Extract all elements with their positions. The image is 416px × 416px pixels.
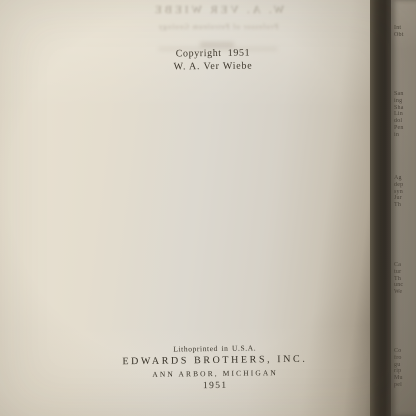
page-fragment-group: SaningShaLindolPenin: [394, 91, 416, 139]
page-fragment-group: CaturThuncWe: [394, 262, 416, 296]
page-fragment-line: Mu: [394, 375, 416, 382]
imprint-publisher-line: EDWARDS BROTHERS, INC.: [115, 354, 315, 368]
page-fragment-line: Co: [394, 348, 416, 355]
page-fragment-line: dol: [394, 118, 416, 125]
page-fragment-line: Th: [394, 202, 416, 209]
page-fragment-line: Jur: [394, 195, 416, 202]
page-fragment-line: Ca: [394, 262, 416, 269]
page-fragment-line: syn: [394, 189, 416, 196]
imprint-city-line: ANN ARBOR, MICHIGAN: [115, 368, 315, 380]
page-fragment-line: dep: [394, 182, 416, 189]
page-fragment-line: We: [394, 289, 416, 296]
copyright-page: W. A. VER WIEBE Professor of Petroleum G…: [0, 0, 372, 416]
imprint-year-line: 1951: [115, 380, 315, 393]
copyright-year-line: Copyright 1951: [113, 47, 313, 60]
page-fragment-line: Pen: [394, 125, 416, 132]
page-fragment-line: unc: [394, 282, 416, 289]
copyright-notice: Copyright 1951 W. A. Ver Wiebe: [113, 47, 313, 73]
page-fragment-line: Ag: [394, 175, 416, 182]
imprint-lithoprint-line: Lithoprinted in U.S.A.: [115, 343, 315, 355]
copyright-author-line: W. A. Ver Wiebe: [113, 60, 313, 73]
page-gutter-shadow: [370, 0, 391, 416]
page-fragment-group: IntObt: [394, 25, 416, 39]
showthrough-title: W. A. VER WIEBE: [118, 4, 318, 16]
page-fragment-line: Th: [394, 276, 416, 283]
page-fragment-line: Int: [394, 25, 416, 32]
page-fragment-line: Obt: [394, 32, 416, 39]
page-fragment-line: tur: [394, 269, 416, 276]
page-fragment-line: San: [394, 91, 416, 98]
facing-page-edge: IntObtSaningShaLindolPeninAgdepsynJurThC…: [391, 0, 416, 416]
showthrough-text-block: W. A. VER WIEBE Professor of Petroleum G…: [118, 4, 318, 31]
page-fragment-line: ing: [394, 98, 416, 105]
printer-imprint: Lithoprinted in U.S.A. EDWARDS BROTHERS,…: [115, 343, 316, 393]
page-fragment-line: Lin: [394, 111, 416, 118]
page-fragment-line: rip: [394, 368, 416, 375]
page-fragment-line: fro: [394, 355, 416, 362]
page-fragment-group: CofroguripMupel: [394, 348, 416, 389]
page-fragment-line: Sha: [394, 105, 416, 112]
page-fragment-line: gu: [394, 362, 416, 369]
showthrough-subtitle: Professor of Petroleum Geology: [118, 23, 318, 31]
book-photo: W. A. VER WIEBE Professor of Petroleum G…: [0, 0, 416, 416]
page-fragment-line: pel: [394, 382, 416, 389]
page-fragment-group: AgdepsynJurTh: [394, 175, 416, 209]
page-fragment-line: in: [394, 132, 416, 139]
